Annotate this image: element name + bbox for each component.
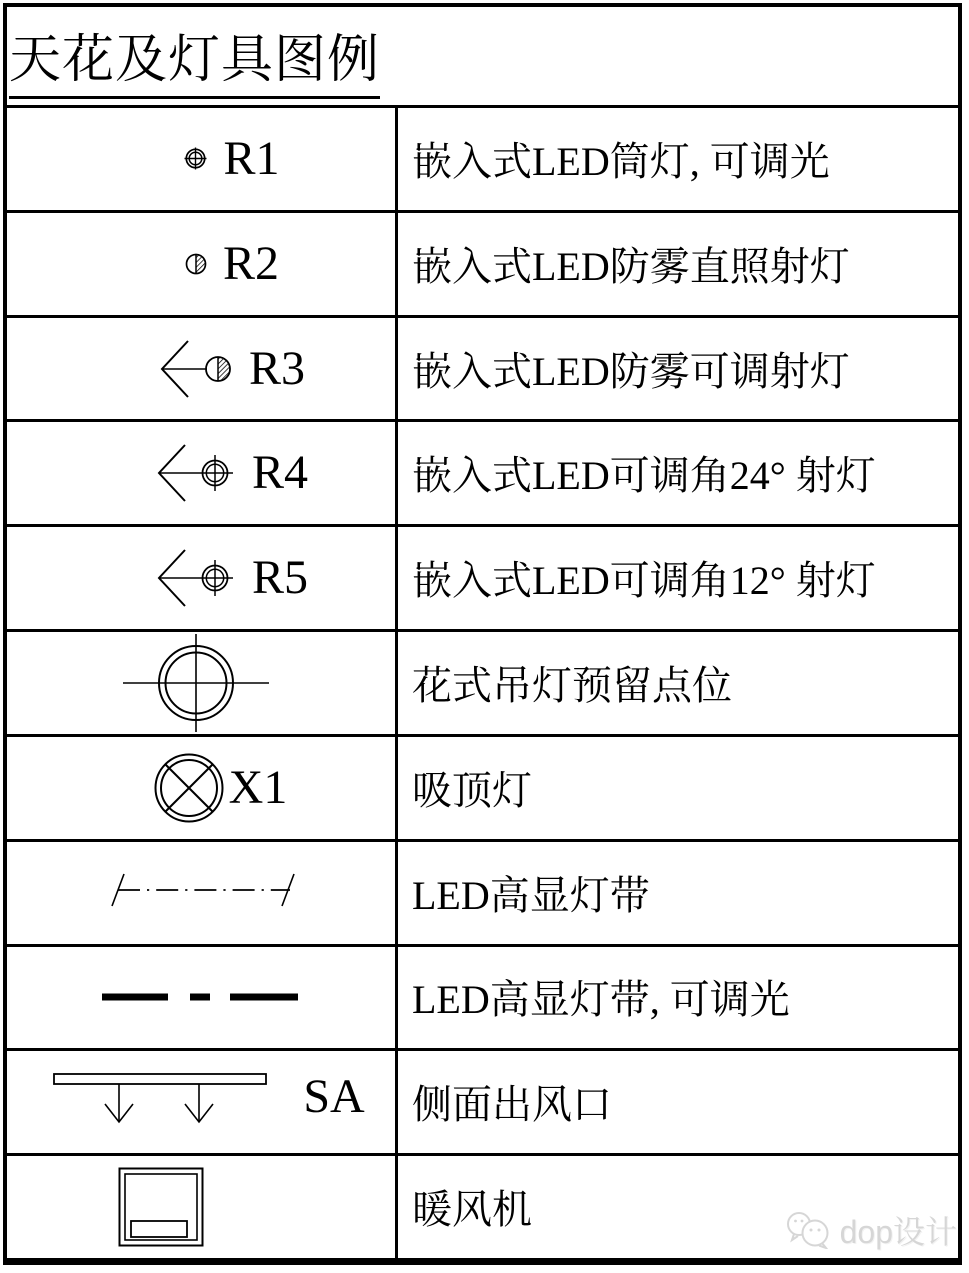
row-description: 嵌入式LED可调角12° 射灯 [412,558,876,604]
recessed-downlight-crosshair-symbol [182,145,209,172]
side-air-outlet-symbol [53,1071,269,1133]
symbol-label: R4 [252,449,308,497]
legend-title-row: 天花及灯具图例 [7,7,958,105]
row-description: 吸顶灯 [412,768,532,814]
legend-row-r4: R4 嵌入式LED可调角24° 射灯 [7,419,958,524]
row-description: LED高显灯带 [412,873,650,919]
legend-row-r5: R5 嵌入式LED可调角12° 射灯 [7,524,958,629]
chevron-crosshair-circle-symbol [154,440,238,506]
symbol-label: SA [303,1073,364,1121]
legend-row-led-strip-dimmable: LED高显灯带, 可调光 [7,944,958,1049]
ceiling-lighting-legend-table: 天花及灯具图例 R1 嵌入式LED筒灯, 可调光 [3,3,962,1265]
row-description: 花式吊灯预留点位 [412,663,732,709]
half-filled-circle-symbol [183,251,209,277]
symbol-label: R3 [249,345,305,393]
row-description: 暖风机 [412,1187,532,1233]
row-description: 嵌入式LED防雾可调射灯 [412,349,850,395]
symbol-label: R1 [223,135,279,183]
double-circle-crosshair-symbol [111,633,281,733]
chevron-half-filled-circle-symbol [157,338,235,400]
watermark-text: dop设计 [840,1207,957,1253]
legend-row-r1: R1 嵌入式LED筒灯, 可调光 [7,105,958,210]
legend-row-r3: R3 嵌入式LED防雾可调射灯 [7,315,958,420]
legend-row-r2: R2 嵌入式LED防雾直照射灯 [7,210,958,315]
legend-row-side-air-outlet: SA 侧面出风口 [7,1048,958,1153]
symbol-label: R5 [252,554,308,602]
legend-row-pendant-point: 花式吊灯预留点位 [7,629,958,734]
symbol-label: R2 [223,240,279,288]
wechat-icon [786,1211,832,1249]
row-description: 嵌入式LED筒灯, 可调光 [412,139,830,185]
symbol-label: X1 [229,764,288,812]
row-description: 嵌入式LED防雾直照射灯 [412,244,850,290]
watermark: dop设计 [786,1207,957,1253]
circle-x-symbol [151,750,227,826]
row-description: 侧面出风口 [412,1082,612,1128]
legend-row-x1: X1 吸顶灯 [7,734,958,839]
legend-title: 天花及灯具图例 [9,35,380,99]
dash-dot-line-with-ticks-symbol [104,872,298,914]
row-description: LED高显灯带, 可调光 [412,977,790,1023]
thick-dashed-line-symbol [102,992,300,1002]
legend-row-led-strip: LED高显灯带 [7,839,958,944]
heater-box-symbol [118,1167,204,1247]
row-description: 嵌入式LED可调角24° 射灯 [412,453,876,499]
chevron-crosshair-circle-symbol [154,545,238,611]
